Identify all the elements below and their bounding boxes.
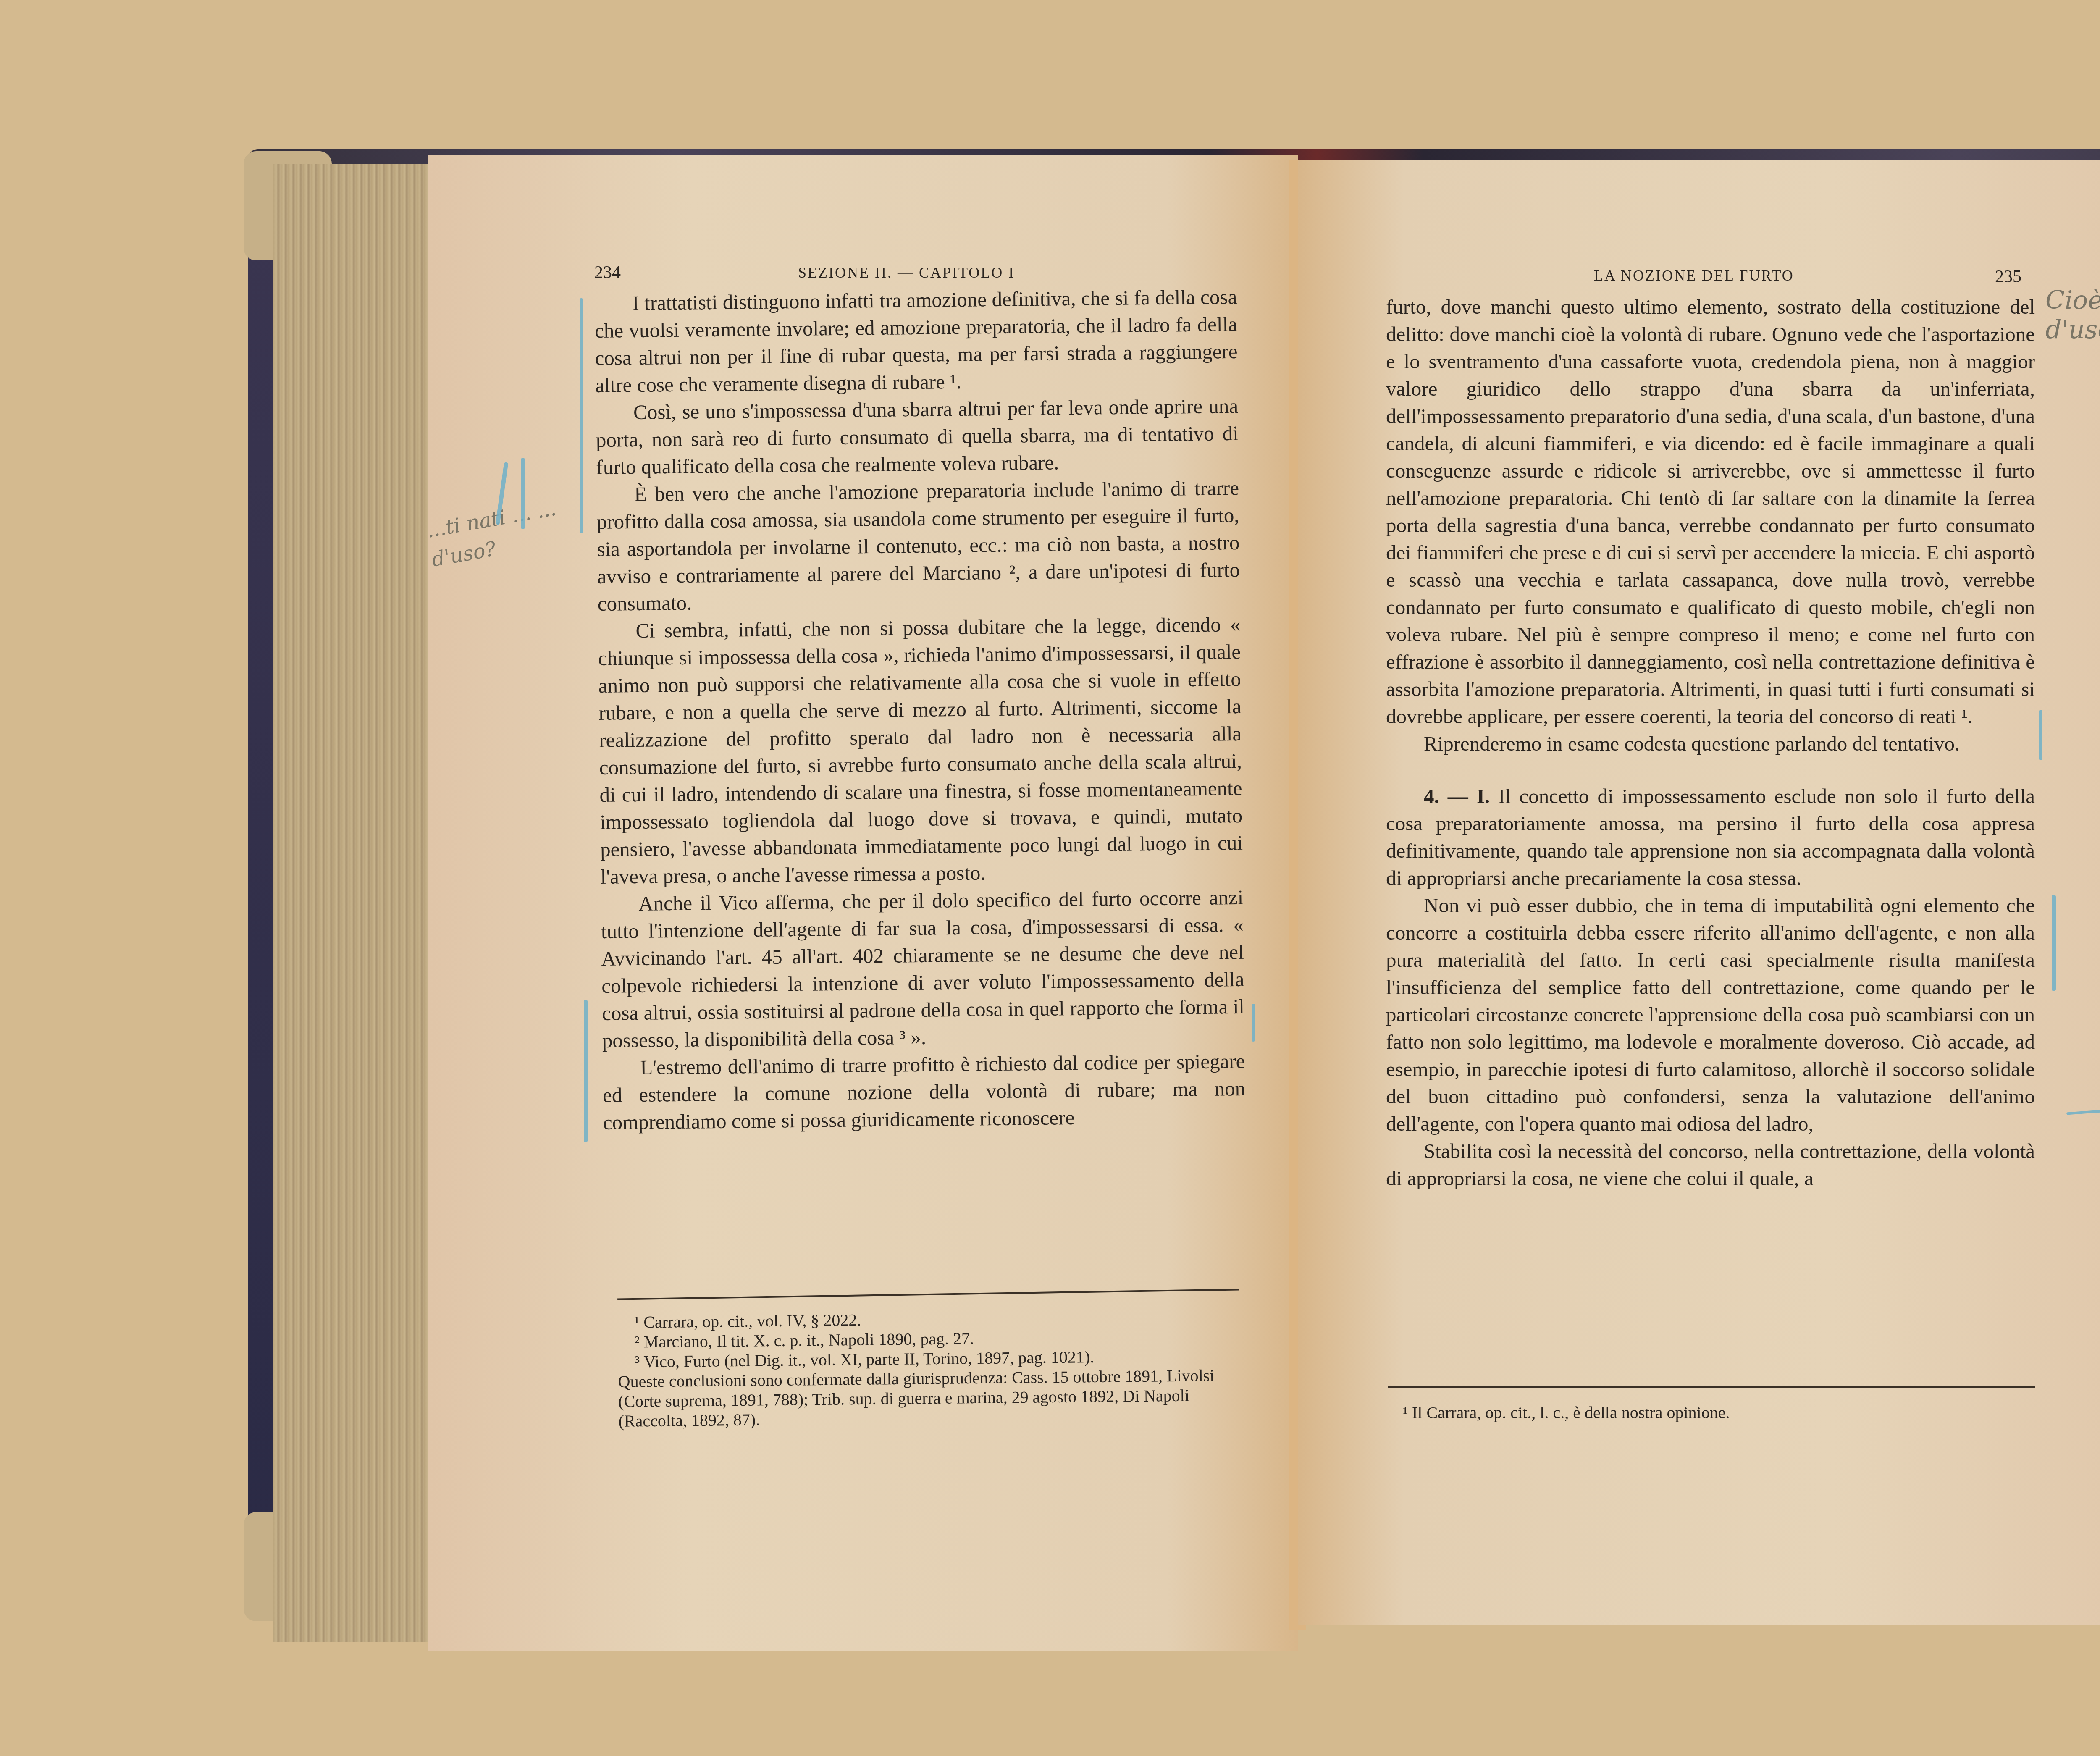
footnote: Queste conclusioni sono confermate dalla… bbox=[618, 1365, 1240, 1431]
running-header: LA NOZIONE DEL FURTO bbox=[1594, 267, 1794, 284]
paragraph: È ben vero che anche l'amozione preparat… bbox=[596, 474, 1240, 617]
handwritten-margin-note: ...ti nati ... ... d'uso? bbox=[424, 492, 571, 574]
paragraph: Riprenderemo in esame codesta questione … bbox=[1386, 730, 2035, 757]
pencil-margin-line bbox=[584, 1000, 588, 1142]
handwritten-margin-note: Cioè furto d'uso bbox=[2045, 286, 2100, 344]
page-number: 235 bbox=[1995, 267, 2021, 287]
footnote-rule bbox=[1388, 1386, 2035, 1388]
paragraph: I trattatisti distinguono infatti tra am… bbox=[594, 283, 1238, 399]
book-cover-left-edge bbox=[248, 197, 273, 1604]
running-header: SEZIONE II. — CAPITOLO I bbox=[798, 264, 1015, 281]
right-page[interactable]: LA NOZIONE DEL FURTO 235 furto, dove man… bbox=[1298, 160, 2100, 1625]
page-edges-left bbox=[273, 164, 428, 1642]
section-number: 4. — I. bbox=[1424, 785, 1490, 808]
left-page[interactable]: 234 SEZIONE II. — CAPITOLO I I trattatis… bbox=[428, 155, 1298, 1651]
footnote: ¹ Il Carrara, op. cit., l. c., è della n… bbox=[1403, 1403, 2033, 1423]
page-number: 234 bbox=[594, 262, 621, 283]
left-footnotes: ¹ Carrara, op. cit., vol. IV, § 2022. ² … bbox=[617, 1306, 1240, 1431]
pencil-margin-line bbox=[2066, 1105, 2100, 1115]
pencil-margin-line bbox=[580, 298, 583, 533]
pencil-margin-line bbox=[1252, 1004, 1255, 1042]
paragraph: Non vi può esser dubbio, che in tema di … bbox=[1386, 892, 2035, 1137]
paragraph: L'estremo dell'animo di trarre profitto … bbox=[602, 1047, 1246, 1136]
pencil-margin-line bbox=[2052, 895, 2056, 991]
left-page-body: I trattatisti distinguono infatti tra am… bbox=[594, 283, 1246, 1136]
paragraph: Ci sembra, infatti, che non si possa dub… bbox=[598, 611, 1243, 890]
paragraph: Così, se uno s'impossessa d'una sbarra a… bbox=[596, 392, 1239, 481]
right-footnotes: ¹ Il Carrara, op. cit., l. c., è della n… bbox=[1403, 1403, 2033, 1423]
paragraph: furto, dove manchi questo ultimo element… bbox=[1386, 293, 2035, 730]
right-page-body: furto, dove manchi questo ultimo element… bbox=[1386, 293, 2035, 1192]
paragraph: Stabilita così la necessità del concorso… bbox=[1386, 1137, 2035, 1192]
paragraph: Anche il Vico afferma, che per il dolo s… bbox=[601, 884, 1245, 1054]
pencil-margin-mark bbox=[521, 458, 525, 529]
pencil-margin-line bbox=[2039, 710, 2042, 760]
footnote-rule bbox=[617, 1289, 1239, 1300]
section-paragraph: 4. — I. Il concetto di impossessamento e… bbox=[1386, 782, 2035, 892]
